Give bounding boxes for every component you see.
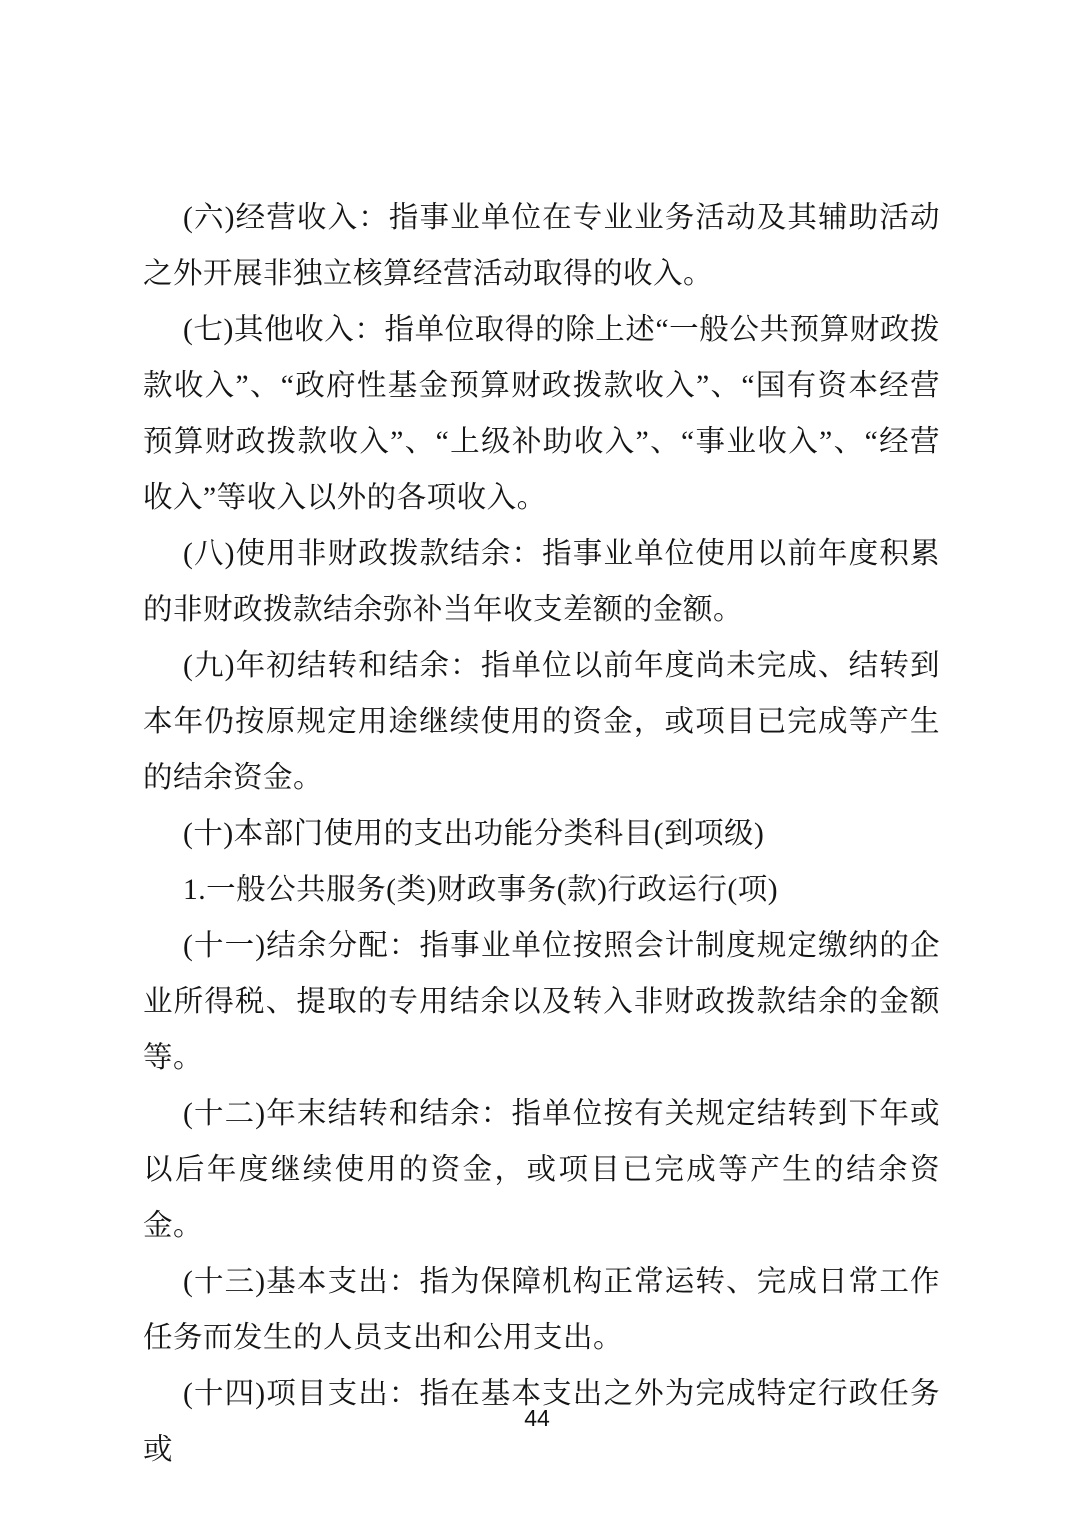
paragraph-13-basic-expenditure: (十三)基本支出：指为保障机构正常运转、完成日常工作任务而发生的人员支出和公用支…: [143, 1254, 940, 1366]
paragraph-6-operating-revenue: (六)经营收入：指事业单位在专业业务活动及其辅助活动之外开展非独立核算经营活动取…: [143, 190, 940, 302]
paragraph-12-yearend-balance: (十二)年末结转和结余：指单位按有关规定结转到下年或以后年度继续使用的资金，或项…: [143, 1086, 940, 1254]
paragraph-10-expenditure-categories: (十)本部门使用的支出功能分类科目(到项级): [143, 806, 940, 862]
paragraph-9-beginning-balance: (九)年初结转和结余：指单位以前年度尚未完成、结转到本年仍按原规定用途继续使用的…: [143, 638, 940, 806]
document-page: (六)经营收入：指事业单位在专业业务活动及其辅助活动之外开展非独立核算经营活动取…: [0, 0, 1074, 1520]
page-number: 44: [524, 1405, 550, 1431]
page-footer: 44: [0, 1402, 1074, 1434]
paragraph-7-other-revenue: (七)其他收入：指单位取得的除上述“一般公共预算财政拨款收入”、“政府性基金预算…: [143, 302, 940, 526]
document-body: (六)经营收入：指事业单位在专业业务活动及其辅助活动之外开展非独立核算经营活动取…: [143, 190, 940, 1478]
paragraph-11-balance-distribution: (十一)结余分配：指事业单位按照会计制度规定缴纳的企业所得税、提取的专用结余以及…: [143, 918, 940, 1086]
paragraph-8-nonfiscal-carryover: (八)使用非财政拨款结余：指事业单位使用以前年度积累的非财政拨款结余弥补当年收支…: [143, 526, 940, 638]
paragraph-10-item-1: 1.一般公共服务(类)财政事务(款)行政运行(项): [143, 862, 940, 918]
